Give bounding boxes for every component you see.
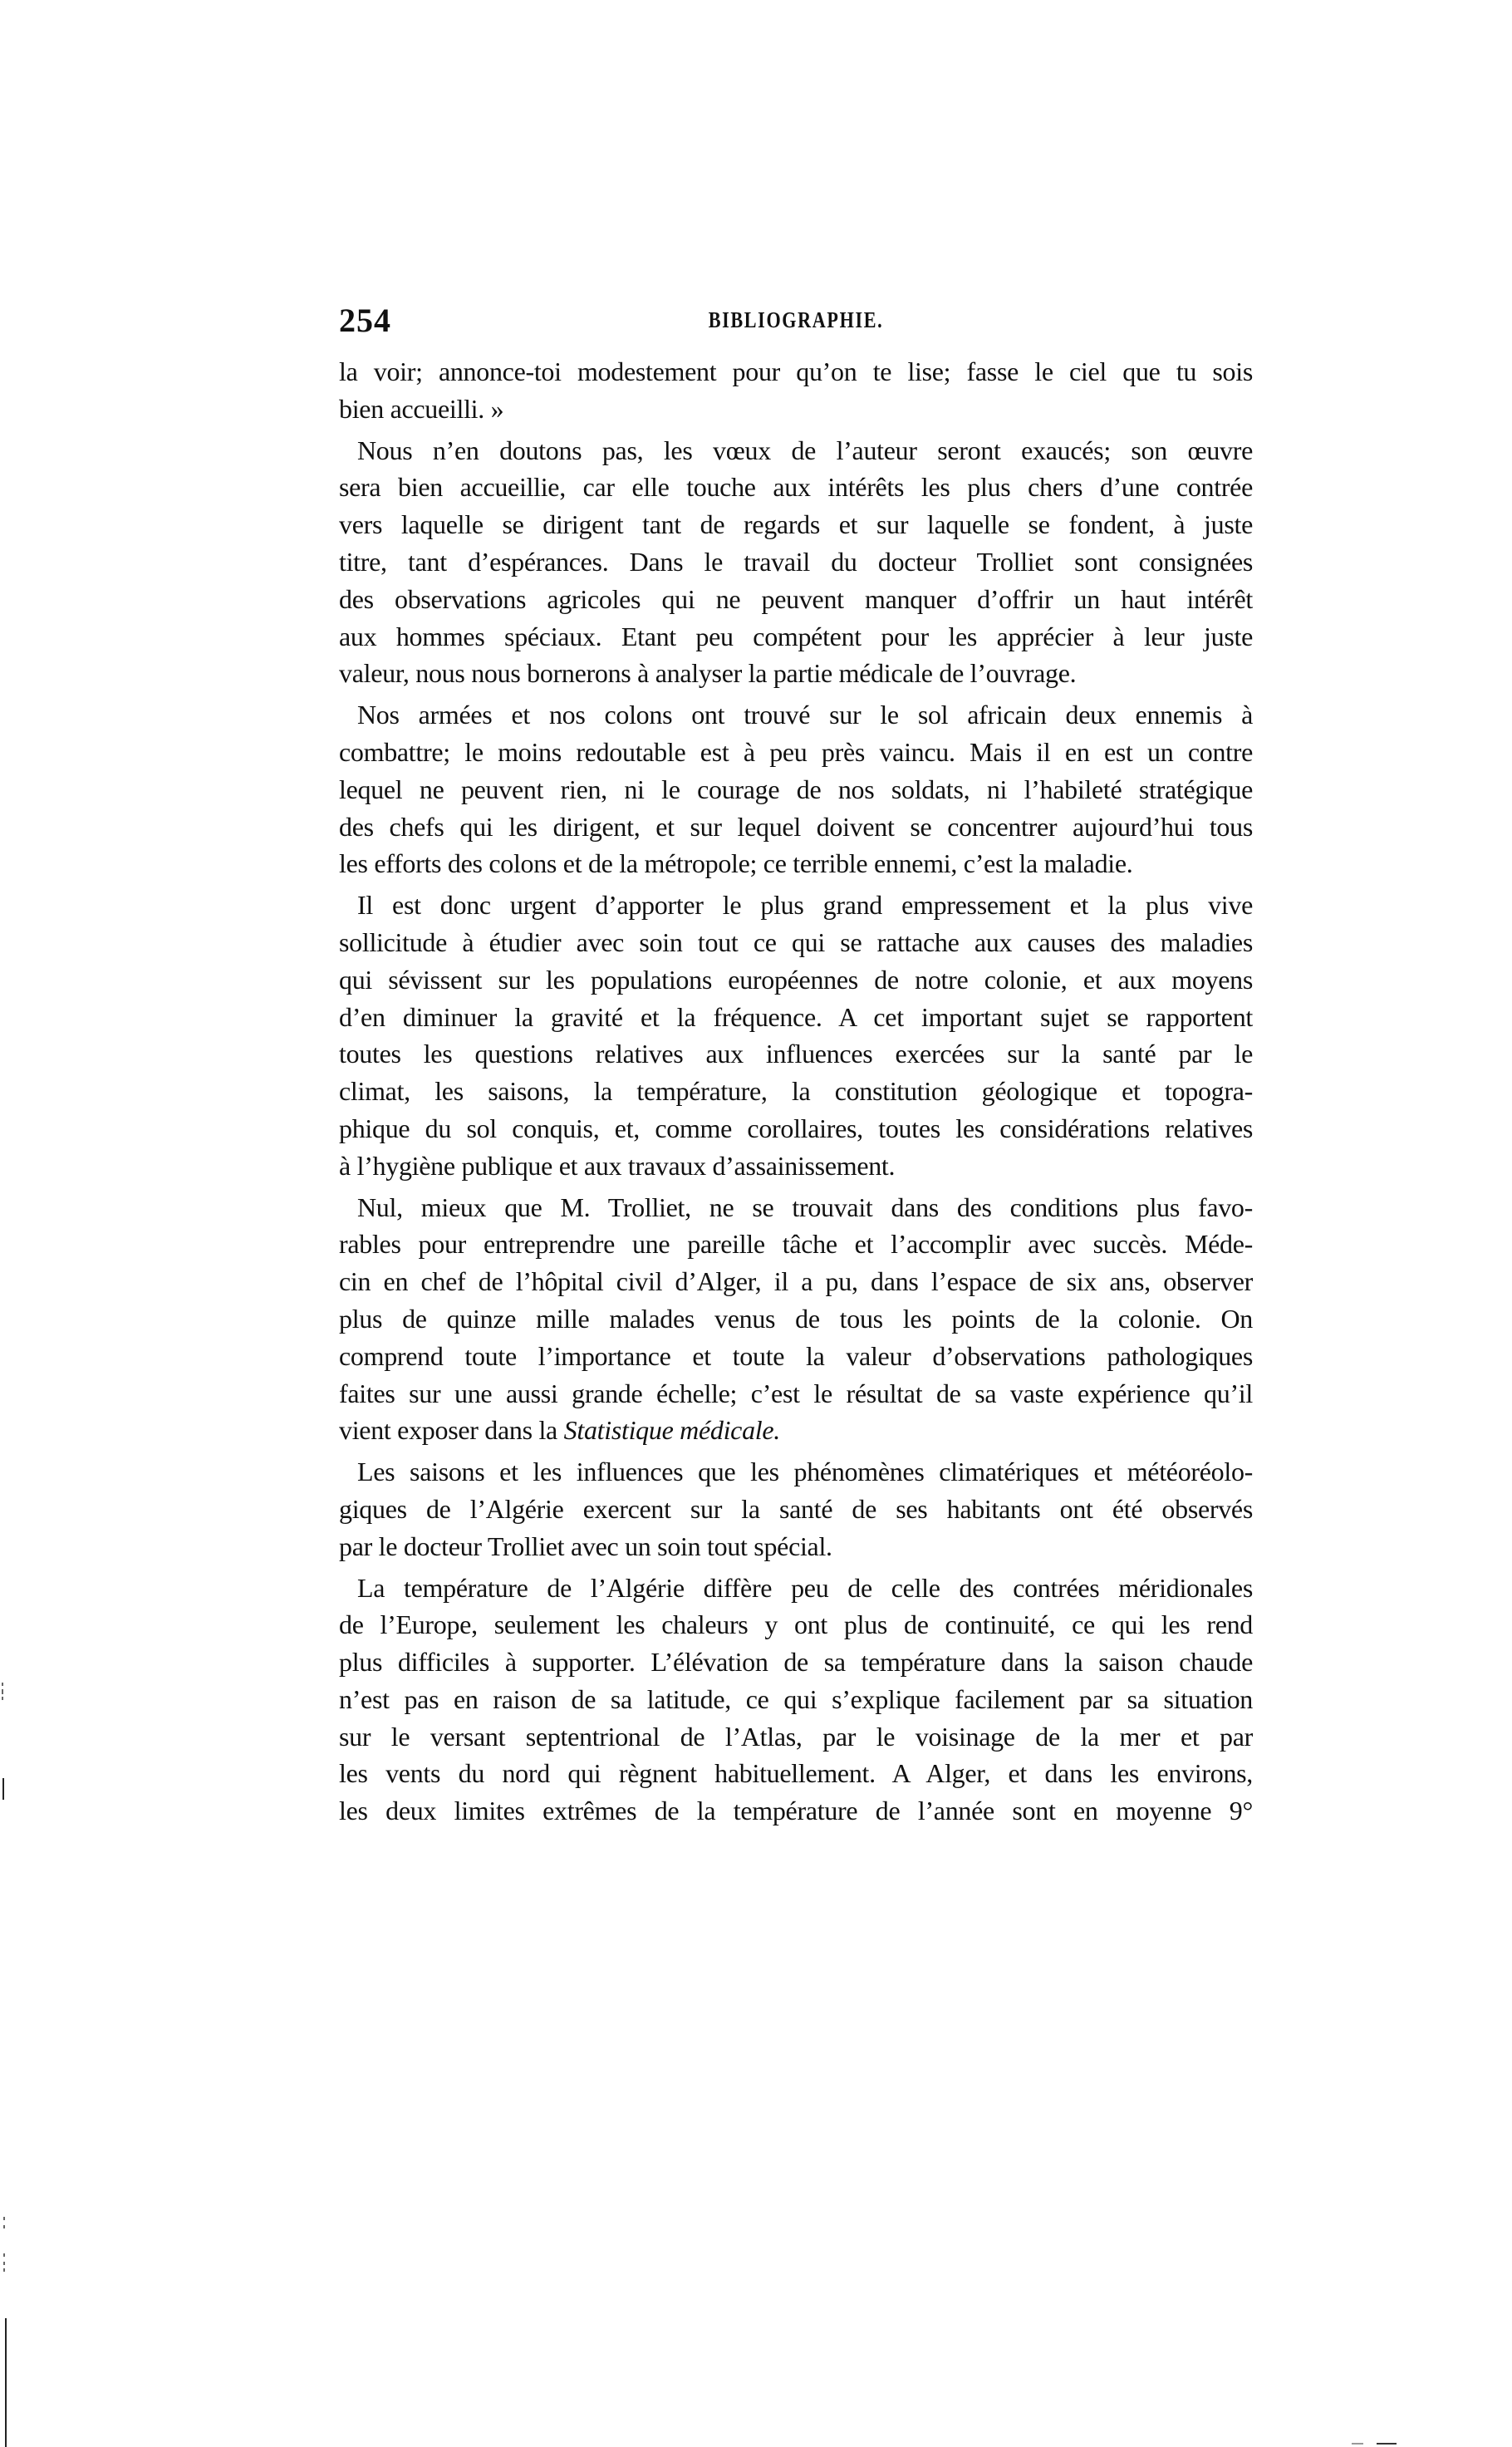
scan-artifact xyxy=(1377,2443,1397,2445)
text-line: titre, tant d’espérances. Dans le travai… xyxy=(339,543,1253,581)
text-line: lequel ne peuvent rien, ni le courage de… xyxy=(339,771,1253,808)
text-line: des observations agricoles qui ne peuven… xyxy=(339,581,1253,618)
text-line: vers laquelle se dirigent tant de regard… xyxy=(339,506,1253,543)
scan-artifact xyxy=(2,1697,3,1700)
paragraph: la voir; annonce-toi modestement pour qu… xyxy=(339,353,1253,428)
text-line: cin en chef de l’hôpital civil d’Alger, … xyxy=(339,1263,1253,1300)
paragraph: Il est donc urgent d’apporter le plus gr… xyxy=(339,887,1253,1184)
scan-artifact xyxy=(2,1683,3,1686)
page-header: 254 BIBLIOGRAPHIE. xyxy=(339,301,1253,334)
scan-artifact xyxy=(2,1778,4,1800)
scan-artifact xyxy=(3,2262,5,2265)
text-line: vient exposer dans la Statistique médica… xyxy=(339,1412,1253,1449)
text-line: à l’hygiène publique et aux travaux d’as… xyxy=(339,1147,1253,1185)
text-line: Nul, mieux que M. Trolliet, ne se trouva… xyxy=(339,1189,1253,1226)
paragraph: Nul, mieux que M. Trolliet, ne se trouva… xyxy=(339,1189,1253,1450)
text-line: les vents du nord qui règnent habituelle… xyxy=(339,1755,1253,1792)
text-line: de l’Europe, seulement les chaleurs y on… xyxy=(339,1606,1253,1644)
text-line: sera bien accueillie, car elle touche au… xyxy=(339,469,1253,506)
text-line: sollicitude à étudier avec soin tout ce … xyxy=(339,924,1253,961)
text-line: giques de l’Algérie exercent sur la sant… xyxy=(339,1491,1253,1528)
text-line: n’est pas en raison de sa latitude, ce q… xyxy=(339,1681,1253,1718)
text-line: qui sévissent sur les populations europé… xyxy=(339,961,1253,999)
text-line: plus de quinze mille malades venus de to… xyxy=(339,1300,1253,1338)
text-line: Il est donc urgent d’apporter le plus gr… xyxy=(339,887,1253,924)
scan-artifact xyxy=(5,2318,7,2447)
text-line: valeur, nous nous bornerons à analyser l… xyxy=(339,655,1253,692)
text-line: des chefs qui les dirigent, et sur leque… xyxy=(339,808,1253,846)
scan-artifact xyxy=(3,2217,5,2220)
text-line: Nos armées et nos colons ont trouvé sur … xyxy=(339,696,1253,734)
text-line: faites sur une aussi grande échelle; c’e… xyxy=(339,1375,1253,1413)
paragraph: Les saisons et les influences que les ph… xyxy=(339,1453,1253,1565)
scan-artifact xyxy=(3,2225,5,2228)
text-line: Nous n’en doutons pas, les vœux de l’aut… xyxy=(339,432,1253,469)
scan-artifact xyxy=(1352,2443,1363,2445)
text-line: par le docteur Trolliet avec un soin tou… xyxy=(339,1528,1253,1565)
body-text: la voir; annonce-toi modestement pour qu… xyxy=(339,353,1253,1834)
text-line-start: vient exposer dans la xyxy=(339,1415,564,1445)
scan-artifact xyxy=(3,2268,5,2272)
text-line: d’en diminuer la gravité et la fréquence… xyxy=(339,999,1253,1036)
text-line: rables pour entreprendre une pareille tâ… xyxy=(339,1226,1253,1263)
running-head: BIBLIOGRAPHIE. xyxy=(421,307,1171,333)
text-line: La température de l’Algérie diffère peu … xyxy=(339,1570,1253,1607)
scan-artifact xyxy=(2,1689,3,1694)
text-line: aux hommes spéciaux. Etant peu compétent… xyxy=(339,618,1253,656)
text-line: combattre; le moins redoutable est à peu… xyxy=(339,734,1253,771)
text-line: les efforts des colons et de la métropol… xyxy=(339,845,1253,882)
text-line: les deux limites extrêmes de la températ… xyxy=(339,1792,1253,1830)
scan-artifact xyxy=(3,2253,5,2257)
page-number: 254 xyxy=(339,301,391,340)
text-line: sur le versant septentrional de l’Atlas,… xyxy=(339,1718,1253,1756)
text-line: plus difficiles à supporter. L’élévation… xyxy=(339,1644,1253,1681)
text-line: Les saisons et les influences que les ph… xyxy=(339,1453,1253,1491)
paragraph: Nos armées et nos colons ont trouvé sur … xyxy=(339,696,1253,882)
text-line: la voir; annonce-toi modestement pour qu… xyxy=(339,353,1253,391)
text-line: climat, les saisons, la température, la … xyxy=(339,1073,1253,1110)
text-line: toutes les questions relatives aux influ… xyxy=(339,1035,1253,1073)
text-line: comprend toute l’importance et toute la … xyxy=(339,1338,1253,1375)
paragraph: La température de l’Algérie diffère peu … xyxy=(339,1570,1253,1830)
paragraph: Nous n’en doutons pas, les vœux de l’aut… xyxy=(339,432,1253,693)
text-line: phique du sol conquis, et, comme corolla… xyxy=(339,1110,1253,1147)
text-line: bien accueilli. » xyxy=(339,391,1253,428)
book-title: Statistique médicale. xyxy=(564,1415,780,1445)
